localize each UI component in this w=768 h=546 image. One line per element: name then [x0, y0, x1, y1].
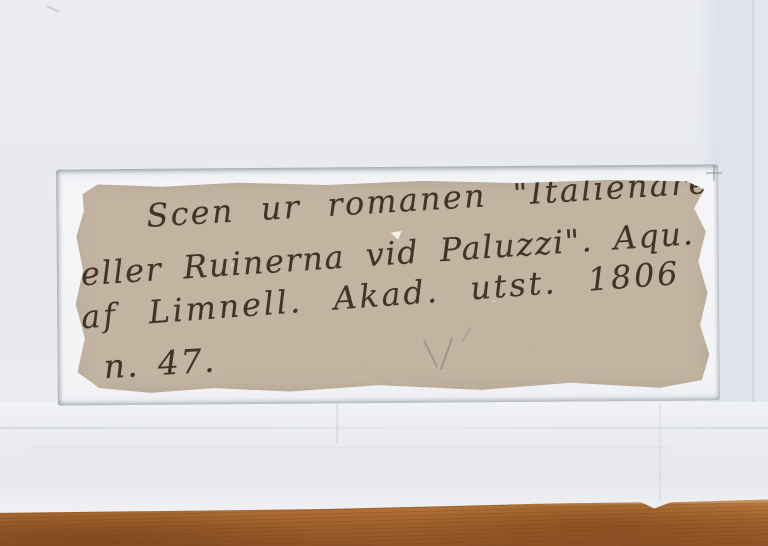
- handwritten-label: Scen ur romanen "Italienaren eller Ruine…: [72, 176, 711, 393]
- crease-line-horizontal: [0, 427, 768, 429]
- crease-line-vertical: [336, 402, 338, 444]
- photo-artwork-back: Scen ur romanen "Italienaren eller Ruine…: [0, 0, 768, 546]
- crease-line-horizontal: [30, 447, 670, 448]
- board-scratch: [46, 5, 60, 13]
- label-window-cutout: Scen ur romanen "Italienaren eller Ruine…: [56, 164, 720, 405]
- backing-board-lower-band: [0, 402, 768, 510]
- label-line-4: n. 47.: [102, 340, 217, 386]
- tape-pin-mark: [706, 165, 722, 181]
- crease-line-vertical: [659, 402, 661, 502]
